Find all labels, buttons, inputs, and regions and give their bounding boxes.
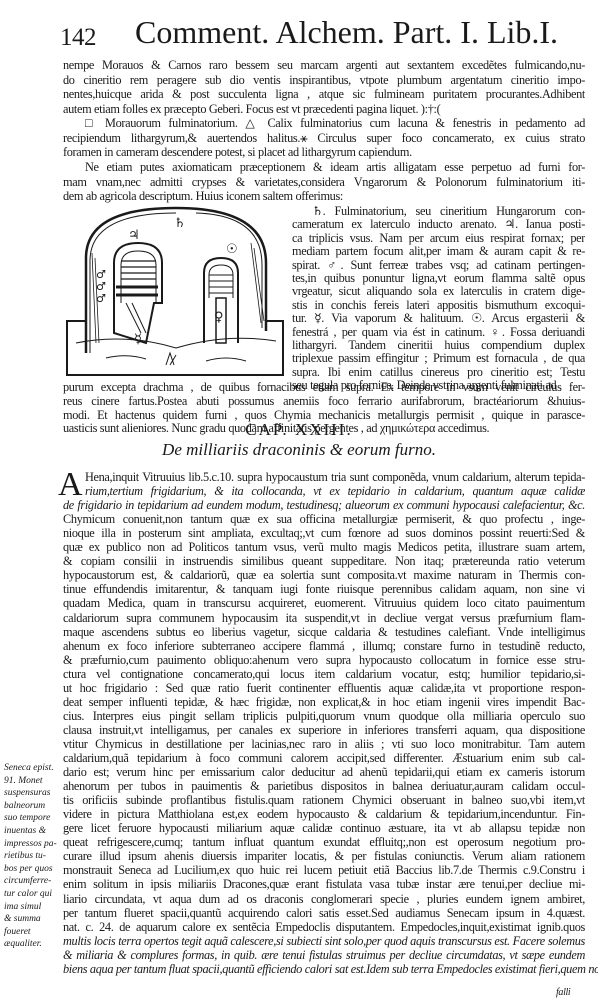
text-line: quadam Medica, quam in transcursu acquir… bbox=[63, 596, 585, 610]
text-line: de frigidario in tepidarium ad eundem mo… bbox=[63, 498, 585, 512]
saturn-symbol: ♄ bbox=[174, 216, 186, 231]
text-line: Chymicum conuenit,non tantum quæ ex sua … bbox=[63, 512, 585, 526]
text-line: nentes,huicque arida & post succulenta l… bbox=[63, 87, 585, 101]
text-line: recipiendum lithargyrum,& auertendos hal… bbox=[63, 131, 585, 145]
text-line: foramen in cameram descendere potest, si… bbox=[63, 145, 585, 159]
text-line: Ne etiam putes axiomaticam præceptionem … bbox=[85, 160, 585, 174]
text-line: cius. Interpres eius pingit sellam tripl… bbox=[63, 709, 585, 723]
marginal-note-line: foueret bbox=[4, 926, 60, 939]
text-line: biens aqua per tantum fluat spacii,quant… bbox=[63, 962, 585, 976]
marginal-note-line: suspensuras bbox=[4, 787, 60, 800]
text-line: tinue effundendis imitarentur, & tanquam… bbox=[63, 582, 585, 596]
text-line: do cineritio rem peragere sub dio ventis… bbox=[63, 73, 585, 87]
chapter-number: CAP. XXIII. bbox=[0, 420, 598, 440]
marginal-note-line: bos per quos bbox=[4, 863, 60, 876]
text-line: reus cinere fartus.Postea abuti possumus… bbox=[63, 394, 585, 408]
text-line: nempe Morauos & Carnos raro bessem seu m… bbox=[63, 58, 585, 72]
marginal-note-line: æqualiter. bbox=[4, 938, 60, 951]
page-header: 142 Comment. Alchem. Part. I. Lib.I. bbox=[60, 14, 580, 54]
text-line: caldariorum supra communem hypocausim it… bbox=[63, 611, 585, 625]
running-title: Comment. Alchem. Part. I. Lib.I. bbox=[135, 14, 558, 51]
text-line: spirat. ♂. Sunt ferreæ trabes vsq; ad ca… bbox=[292, 258, 585, 272]
text-line: & copiam consilii in instruendis similib… bbox=[63, 554, 585, 568]
text-line: ♄. Fulminatorium, seu cineritium Hungaro… bbox=[312, 204, 585, 218]
text-line: & miliaria & complures formas, in quib. … bbox=[63, 948, 585, 962]
text-line: triplexue passim effingitur ; Primum est… bbox=[292, 351, 585, 365]
text-line: stis in conchis fereis lateri appositis … bbox=[292, 298, 585, 312]
marginal-note-line: inuentas & bbox=[4, 825, 60, 838]
marginal-note-line: impressos pa- bbox=[4, 838, 60, 851]
text-line: maque ascendens subtus eo liberius vaget… bbox=[63, 625, 585, 639]
text-line: nat. c. 24. de aquarum calore ex sentẽci… bbox=[63, 920, 585, 934]
marginal-note-line: balneorum bbox=[4, 800, 60, 813]
marginal-note-line: rietibus tu- bbox=[4, 850, 60, 863]
text-line: fenestrá , per quam via ést in catinum. … bbox=[292, 325, 585, 339]
text-line: supra. Ibi enim catillus cinereus pro ci… bbox=[292, 365, 585, 379]
text-line: □ Morauorum fulminatorium. △ Calix fulmi… bbox=[85, 116, 585, 130]
text-line: clausa instruit,vt intelligamus, per can… bbox=[63, 723, 585, 737]
catchword: falli bbox=[556, 986, 570, 1000]
text-line: hypocaustorum est, & caldariorũ, quæ ea … bbox=[63, 568, 585, 582]
furnace-woodcut-illustration: ♄ ♃ ☉ ♂ ♂ ♂ ♀ ☿ bbox=[66, 203, 284, 377]
text-line: nioque illa in posterum sint ampliata, e… bbox=[63, 526, 585, 540]
text-line: multis locis terra opertos tegit aquã ca… bbox=[63, 934, 585, 948]
page-number: 142 bbox=[60, 24, 96, 52]
text-line: dem ab agricola descriptum. Huius iconem… bbox=[63, 189, 585, 203]
text-line: ctura vel contignatione concamerato,qui … bbox=[63, 667, 585, 681]
chapter-title: De milliariis draconinis & eorum furno. bbox=[0, 440, 598, 460]
book-page: 142 Comment. Alchem. Part. I. Lib.I. nem… bbox=[0, 0, 598, 1000]
mars-symbol: ♂ bbox=[96, 292, 106, 305]
text-line: curare illud ipsum ahenis diuersis impar… bbox=[63, 849, 585, 863]
marginal-note-line: & summa bbox=[4, 913, 60, 926]
text-line: mam vnam,nec admitti crypses & varietate… bbox=[63, 175, 585, 189]
text-line: dario est; verum hinc per emissarium cal… bbox=[63, 765, 585, 779]
text-line: per tantum flueret spacii,quantũ acquire… bbox=[63, 906, 585, 920]
text-line: tur. ☿. Via vaporum & halituum. ☉. Arcus… bbox=[292, 311, 585, 325]
text-line: ahenum ex foco inferiore subterraneo acc… bbox=[63, 639, 585, 653]
text-line: deat semper influenti tepidæ, & hæc frig… bbox=[63, 695, 585, 709]
text-line: autem etiam folles ex præcepto Geberi. F… bbox=[63, 102, 585, 116]
text-line: Hena,inquit Vitruuius lib.5.c.10. supra … bbox=[85, 470, 585, 484]
marginal-note-line: circumferre- bbox=[4, 875, 60, 888]
text-line: lithargyri. Tandem cineritii huius compe… bbox=[292, 338, 585, 352]
text-line: ahenorum per tubos in pauimentis & parie… bbox=[63, 779, 585, 793]
text-line: ut hoc frigidario : Sed quæ ratio fuerit… bbox=[63, 681, 585, 695]
text-line: vrgeatur, sicut aliquando sola ex laterc… bbox=[292, 284, 585, 298]
text-line: queat refrigescere,cumq; tantum influat … bbox=[63, 835, 585, 849]
text-line: mediam partem focum alit,per imam & aura… bbox=[292, 244, 585, 258]
text-line: quæ ex publico non ad Politicos tantum v… bbox=[63, 540, 585, 554]
sun-symbol: ☉ bbox=[226, 242, 238, 257]
venus-symbol: ♀ bbox=[214, 310, 224, 325]
text-line: tes,in quibus ponuntur ligna,vt eorum fl… bbox=[292, 271, 585, 285]
jupiter-symbol: ♃ bbox=[128, 228, 140, 243]
mercury-symbol: ☿ bbox=[134, 332, 142, 347]
text-line: enim solitum in ipsis miliariis Dracones… bbox=[63, 877, 585, 891]
text-line: caldarium,quã tepidarium à foco communi … bbox=[63, 751, 585, 765]
marginal-note-line: tur calor qui bbox=[4, 888, 60, 901]
text-line: liario circundata, vt aqua dum ad os dra… bbox=[63, 892, 585, 906]
text-line: monstrauit Seneca ad Lucilium,ex quo hui… bbox=[63, 863, 585, 877]
drop-cap: A bbox=[58, 470, 83, 500]
text-line: videre in pictura Matthiolana est,ex eod… bbox=[63, 807, 585, 821]
text-line: & præfurnio,cum pauimento obliquo:ahenum… bbox=[63, 653, 585, 667]
text-line: purum excepta drachma , de quibus fornac… bbox=[63, 380, 585, 394]
text-line: tis orificiis subinde proflantibus fistu… bbox=[63, 793, 585, 807]
text-line: cameratum ex laterculo inducto arenato. … bbox=[292, 217, 585, 231]
text-line: vtitur Chymicus in destillatione per lac… bbox=[63, 737, 585, 751]
text-line: rium,tertium frigidarium, & ita collocan… bbox=[85, 484, 585, 498]
text-line: gere licet feruore hypocausti miliarium … bbox=[63, 821, 585, 835]
marginal-note-line: suo tempore bbox=[4, 812, 60, 825]
marginal-note-line: ima simul bbox=[4, 901, 60, 914]
text-line: ca triplicis vsus. Nam per arcum eius re… bbox=[292, 231, 585, 245]
marginal-note-line: 91. Monet bbox=[4, 775, 60, 788]
marginal-note-line: Seneca epist. bbox=[4, 762, 60, 775]
